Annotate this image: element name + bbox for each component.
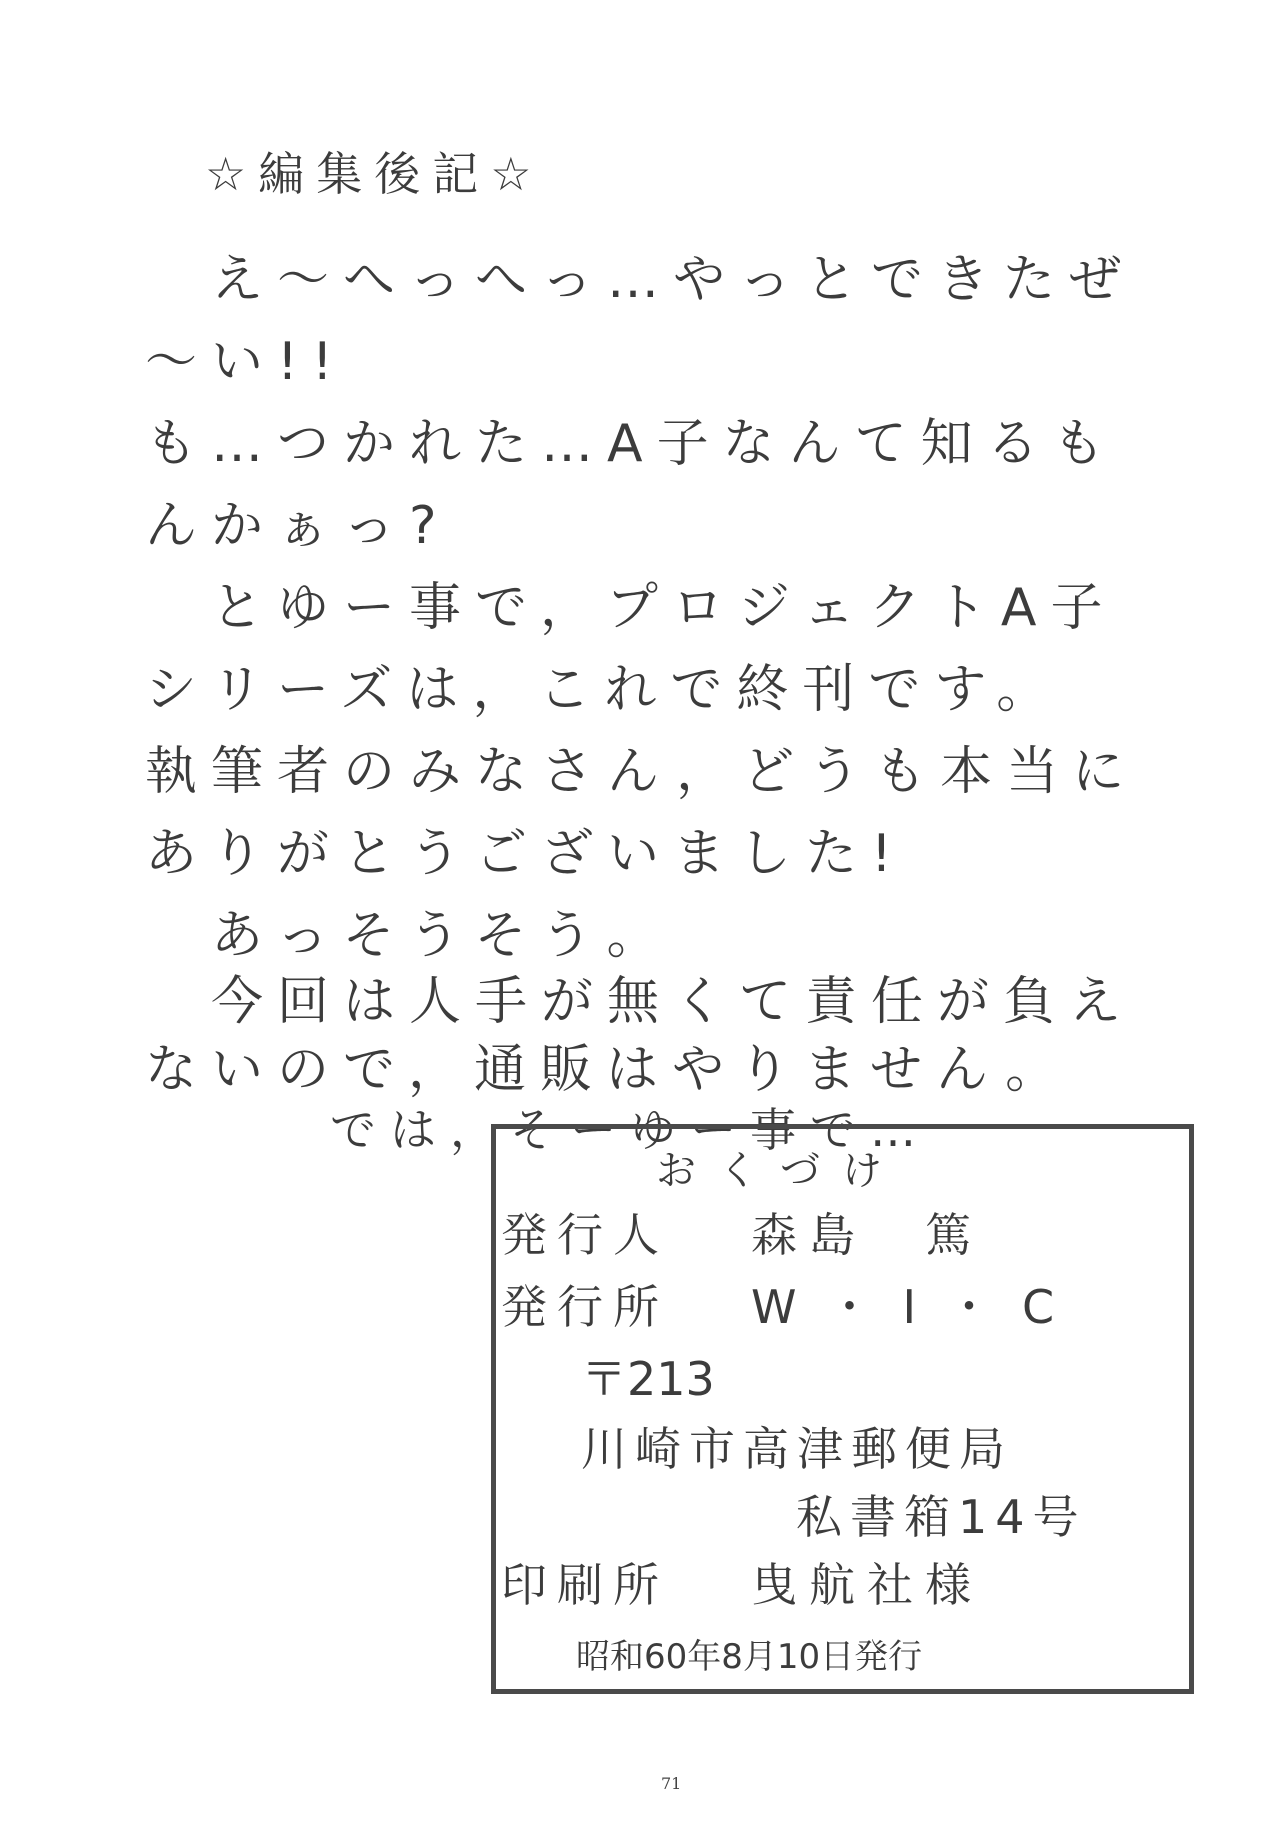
office-label: 発行所: [501, 1279, 751, 1335]
afterword-line-9: あっそうそう。: [145, 906, 672, 966]
publisher-value: 森島 篤: [751, 1207, 983, 1263]
office-row: 発行所W・I・C: [501, 1279, 1084, 1335]
afterword-line-2: 〜い!!: [145, 332, 347, 392]
publisher-row: 発行人森島 篤: [501, 1207, 983, 1263]
afterword-line-10: 今回は人手が無くて責任が負え: [145, 972, 1135, 1032]
afterword-line-1: え〜へっへっ…やっとできたぜ: [145, 250, 1135, 310]
colophon-heading: おくづけ: [656, 1139, 904, 1196]
page-number: 71: [661, 1774, 681, 1793]
publisher-label: 発行人: [501, 1207, 751, 1263]
issue-date: 昭和60年8月10日発行: [576, 1629, 922, 1678]
afterword-line-3: も…つかれた…A子なんて知るも: [145, 414, 1119, 474]
printer-label: 印刷所: [501, 1557, 751, 1613]
afterword-line-11: ないので，通販はやりません。: [145, 1040, 1071, 1100]
colophon-box: おくづけ 発行人森島 篤 発行所W・I・C 〒213 川崎市高津郵便局 私書箱1…: [491, 1124, 1194, 1694]
address-line-1: 川崎市高津郵便局: [581, 1421, 1013, 1477]
office-value: W・I・C: [751, 1279, 1084, 1335]
postal-code: 〒213: [581, 1351, 715, 1407]
afterword-line-7: 執筆者のみなさん，どうも本当に: [145, 742, 1138, 802]
printer-row: 印刷所曳航社様: [501, 1557, 983, 1613]
afterword-line-8: ありがとうございました!: [145, 824, 906, 884]
afterword-title: ☆編集後記☆: [205, 138, 543, 204]
page: ☆編集後記☆ え〜へっへっ…やっとできたぜ 〜い!! も…つかれた…A子なんて知…: [0, 0, 1280, 1825]
printer-value: 曳航社様: [751, 1557, 983, 1613]
afterword-line-5: とゆー事で，プロジェクトA子: [145, 578, 1117, 638]
afterword-line-6: シリーズは，これで終刊です。: [145, 660, 1062, 720]
afterword-line-4: んかぁっ?: [145, 496, 451, 556]
address-line-2: 私書箱14号: [796, 1489, 1087, 1545]
